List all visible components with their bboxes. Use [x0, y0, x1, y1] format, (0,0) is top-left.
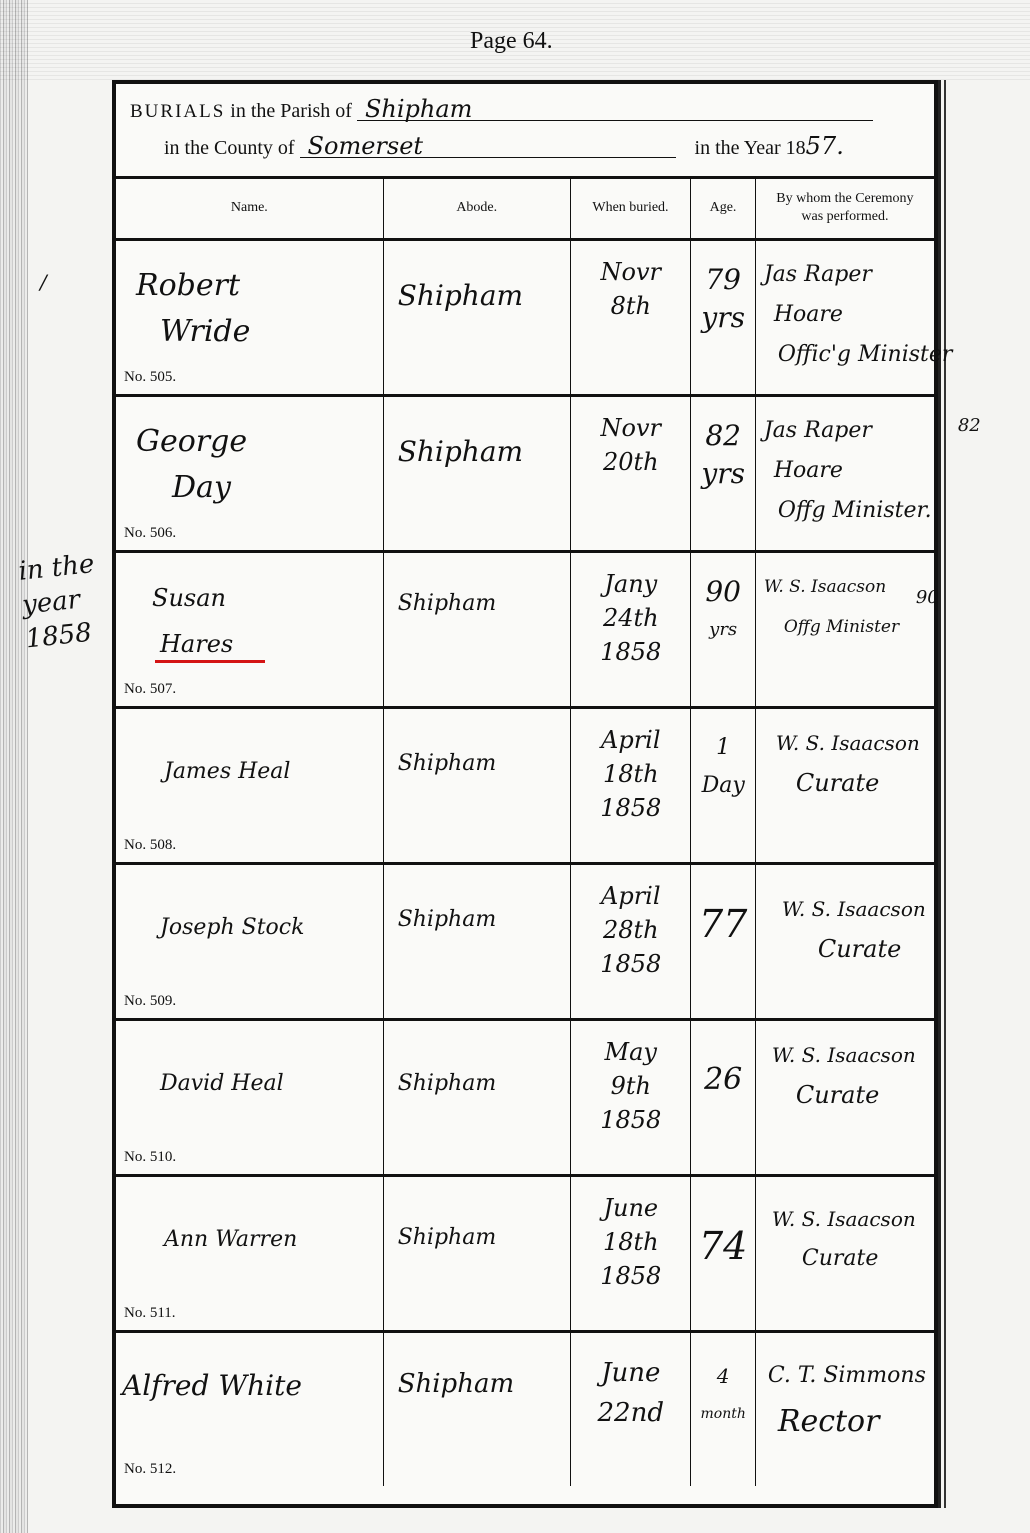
when-line2: 18th	[571, 1225, 691, 1259]
age-text: 90 yrs	[691, 573, 755, 649]
abode-cell: Shipham	[384, 1021, 571, 1174]
age-line1: 90	[691, 573, 755, 611]
when-buried-text: April 18th 1858	[571, 723, 691, 825]
when-line2: 9th	[571, 1069, 691, 1103]
name-cell: Robert Wride No. 505.	[116, 241, 384, 394]
age-cell: 77	[691, 865, 756, 1018]
column-header-abode: Abode.	[384, 178, 571, 238]
when-line2: 24th	[571, 601, 691, 635]
when-buried-cell: Novr 8th	[571, 241, 691, 394]
name-cell: George Day No. 506.	[116, 397, 384, 550]
scan-edge-noise	[0, 0, 28, 1533]
age-cell: 1 Day	[691, 709, 756, 862]
name-line2: Wride	[136, 309, 376, 355]
parish-prefix: in the Parish of	[230, 100, 352, 122]
abode-text: Shipham	[398, 279, 523, 312]
column-header-row: Name. Abode. When buried. Age. By whom t…	[116, 178, 934, 241]
ceremony-text: W. S. Isaacson Curate	[772, 1035, 1012, 1115]
ceremony-header-line2: was performed.	[776, 208, 913, 226]
ceremony-text: W. S. Isaacson Curate	[776, 723, 1016, 803]
abode-cell: Shipham	[384, 397, 571, 550]
table-row: Alfred White No. 512. Shipham June 22nd …	[116, 1333, 934, 1486]
ceremony-line1: W. S. Isaacson	[764, 567, 1004, 607]
when-line3: 1858	[571, 635, 691, 669]
when-line2: 18th	[571, 757, 691, 791]
age-text: 26	[691, 1061, 755, 1099]
age-line1: 77	[691, 905, 755, 943]
ceremony-line2: Curate	[772, 1239, 1012, 1279]
parish-line: BURIALS in the Parish of Shipham	[130, 98, 873, 123]
age-text: 82 yrs	[691, 417, 755, 493]
abode-text: Shipham	[398, 435, 523, 468]
name-text: George Day	[136, 419, 376, 511]
age-line2: yrs	[691, 299, 755, 337]
age-line1: 82	[691, 417, 755, 455]
age-cell: 79 yrs	[691, 241, 756, 394]
abode-text: Shipham	[398, 591, 497, 616]
age-text: 79 yrs	[691, 261, 755, 337]
when-line3: 1858	[571, 1259, 691, 1293]
when-line1: June	[571, 1191, 691, 1225]
entries: Robert Wride No. 505. Shipham Novr 8th 7…	[116, 241, 934, 1486]
table-row: David Heal No. 510. Shipham May 9th 1858…	[116, 1021, 934, 1177]
age-cell: 82 yrs	[691, 397, 756, 550]
entry-number: No. 511.	[124, 1305, 176, 1322]
when-line2: 22nd	[571, 1393, 691, 1433]
when-line3: 1858	[571, 1103, 691, 1137]
when-buried-cell: June 18th 1858	[571, 1177, 691, 1330]
ceremony-header-line1: By whom the Ceremony	[776, 190, 913, 208]
column-header-age: Age.	[691, 178, 756, 238]
name-text: Ann Warren	[164, 1217, 404, 1263]
parish-value: Shipham	[357, 98, 873, 121]
abode-cell: Shipham	[384, 709, 571, 862]
age-line1: 4	[691, 1357, 755, 1395]
ceremony-line2: Curate	[782, 929, 1022, 969]
name-text: Susan Hares	[152, 575, 392, 667]
county-value: Somerset	[300, 135, 676, 158]
entry-number: No. 505.	[124, 369, 176, 386]
when-buried-cell: Novr 20th	[571, 397, 691, 550]
when-line2: 20th	[571, 445, 691, 479]
ceremony-cell: Jas Raper Hoare Offic'g Minister	[756, 241, 934, 394]
table-row: George Day No. 506. Shipham Novr 20th 82…	[116, 397, 934, 553]
ceremony-line1: Jas Raper	[764, 255, 1004, 295]
register-title-block: BURIALS in the Parish of Shipham in the …	[116, 84, 934, 179]
red-highlight-underline	[155, 660, 265, 663]
column-header-ceremony: By whom the Ceremony was performed.	[756, 178, 934, 238]
age-text: 74	[691, 1227, 755, 1265]
column-header-when-buried: When buried.	[571, 178, 691, 238]
ceremony-cell: W. S. Isaacson Curate	[756, 709, 934, 862]
year-printed: 18	[786, 137, 806, 159]
abode-cell: Shipham	[384, 865, 571, 1018]
entry-number: No. 510.	[124, 1149, 176, 1166]
when-buried-text: April 28th 1858	[571, 879, 691, 981]
age-line2: Day	[691, 767, 755, 805]
ceremony-line1: W. S. Isaacson	[772, 1199, 1012, 1239]
ceremony-cell: W. S. Isaacson Offg Minister 90	[756, 553, 934, 706]
age-cell: 26	[691, 1021, 756, 1174]
age-line1: 79	[691, 261, 755, 299]
year-prefix: in the Year	[695, 137, 781, 159]
when-line1: Jany	[571, 567, 691, 601]
name-text: Robert Wride	[136, 263, 376, 355]
abode-text: Shipham	[398, 1071, 497, 1096]
name-text: James Heal	[164, 749, 404, 795]
name-cell: Ann Warren No. 511.	[116, 1177, 384, 1330]
when-line1: May	[571, 1035, 691, 1069]
abode-text: Shipham	[398, 1369, 514, 1399]
county-prefix: in the County of	[164, 137, 295, 159]
table-row: James Heal No. 508. Shipham April 18th 1…	[116, 709, 934, 865]
when-line2: 8th	[571, 289, 691, 323]
table-row: Robert Wride No. 505. Shipham Novr 8th 7…	[116, 241, 934, 397]
name-cell: Alfred White No. 512.	[116, 1333, 384, 1486]
ceremony-cell: Jas Raper Hoare Offg Minister. 82	[756, 397, 934, 550]
when-buried-text: June 22nd	[571, 1353, 691, 1433]
ceremony-line3: Offic'g Minister	[764, 335, 1004, 375]
column-header-name: Name.	[116, 178, 384, 238]
entry-number: No. 507.	[124, 681, 176, 698]
when-buried-text: June 18th 1858	[571, 1191, 691, 1293]
entry-number: No. 512.	[124, 1461, 176, 1478]
ceremony-line2: Offg Minister	[764, 607, 1004, 647]
when-buried-text: Novr 8th	[571, 255, 691, 323]
ceremony-line2: Hoare	[764, 451, 1004, 491]
year-written: 57.	[806, 132, 844, 160]
burials-heading: BURIALS	[130, 101, 225, 122]
abode-cell: Shipham	[384, 241, 571, 394]
ceremony-text: W. S. Isaacson Offg Minister	[764, 567, 1004, 647]
name-cell: Joseph Stock No. 509.	[116, 865, 384, 1018]
age-text: 1 Day	[691, 729, 755, 805]
when-buried-text: Jany 24th 1858	[571, 567, 691, 669]
age-line2: yrs	[691, 455, 755, 493]
when-line2: 28th	[571, 913, 691, 947]
abode-text: Shipham	[398, 1225, 497, 1250]
ceremony-line3: Offg Minister.	[764, 491, 1004, 531]
when-buried-cell: April 28th 1858	[571, 865, 691, 1018]
table-row: Joseph Stock No. 509. Shipham April 28th…	[116, 865, 934, 1021]
entry-number: No. 509.	[124, 993, 176, 1010]
ceremony-line1: W. S. Isaacson	[776, 723, 1016, 763]
side-note: 82	[958, 415, 981, 436]
entry-number: No. 508.	[124, 837, 176, 854]
table-row: Susan Hares No. 507. Shipham Jany 24th 1…	[116, 553, 934, 709]
ceremony-line1: C. T. Simmons	[768, 1353, 1008, 1399]
ceremony-line2: Rector	[768, 1399, 1008, 1445]
page-number: Page 64.	[470, 28, 553, 55]
burial-register-table: BURIALS in the Parish of Shipham in the …	[112, 80, 938, 1508]
name-cell: Susan Hares No. 507.	[116, 553, 384, 706]
side-note: 90	[916, 587, 939, 608]
name-cell: David Heal No. 510.	[116, 1021, 384, 1174]
when-line1: April	[571, 879, 691, 913]
abode-cell: Shipham	[384, 1177, 571, 1330]
name-text: Joseph Stock	[160, 905, 400, 951]
age-text: 77	[691, 905, 755, 943]
ceremony-cell: W. S. Isaacson Curate	[756, 1021, 934, 1174]
abode-text: Shipham	[398, 907, 497, 932]
margin-stray-mark: /	[40, 270, 47, 294]
when-buried-cell: May 9th 1858	[571, 1021, 691, 1174]
ceremony-line2: Curate	[776, 763, 1016, 803]
abode-text: Shipham	[398, 751, 497, 776]
ceremony-text: C. T. Simmons Rector	[768, 1353, 1008, 1445]
name-text: Alfred White	[122, 1363, 362, 1409]
abode-cell: Shipham	[384, 553, 571, 706]
name-line1: Susan	[152, 575, 392, 621]
margin-note: in the year 1858	[17, 546, 117, 657]
abode-cell: Shipham	[384, 1333, 571, 1486]
when-line1: Novr	[571, 255, 691, 289]
when-line1: June	[571, 1353, 691, 1393]
age-cell: 90 yrs	[691, 553, 756, 706]
county-line: in the County of Somerset in the Year 18…	[164, 132, 844, 160]
ceremony-line1: W. S. Isaacson	[772, 1035, 1012, 1075]
when-buried-cell: Jany 24th 1858	[571, 553, 691, 706]
ceremony-text: Jas Raper Hoare Offic'g Minister	[764, 255, 1004, 375]
age-cell: 4 month	[691, 1333, 756, 1486]
age-cell: 74	[691, 1177, 756, 1330]
name-text: David Heal	[160, 1061, 400, 1107]
table-row: Ann Warren No. 511. Shipham June 18th 18…	[116, 1177, 934, 1333]
name-line1: Robert	[136, 263, 376, 309]
age-line1: 74	[691, 1227, 755, 1265]
when-line1: Novr	[571, 411, 691, 445]
name-cell: James Heal No. 508.	[116, 709, 384, 862]
ceremony-text: W. S. Isaacson Curate	[782, 889, 1022, 969]
when-buried-cell: April 18th 1858	[571, 709, 691, 862]
age-line1: 26	[691, 1061, 755, 1099]
age-text: 4 month	[691, 1357, 755, 1433]
when-line1: April	[571, 723, 691, 757]
when-line3: 1858	[571, 947, 691, 981]
ceremony-cell: W. S. Isaacson Curate	[756, 1177, 934, 1330]
when-buried-cell: June 22nd	[571, 1333, 691, 1486]
ceremony-cell: C. T. Simmons Rector	[756, 1333, 934, 1486]
ceremony-text: W. S. Isaacson Curate	[772, 1199, 1012, 1279]
age-line2: yrs	[691, 611, 755, 649]
when-buried-text: Novr 20th	[571, 411, 691, 479]
ceremony-line2: Hoare	[764, 295, 1004, 335]
age-line1: 1	[691, 729, 755, 767]
entry-number: No. 506.	[124, 525, 176, 542]
ceremony-line1: W. S. Isaacson	[782, 889, 1022, 929]
name-line1: George	[136, 419, 376, 465]
when-line3: 1858	[571, 791, 691, 825]
ceremony-line2: Curate	[772, 1075, 1012, 1115]
when-buried-text: May 9th 1858	[571, 1035, 691, 1137]
name-line2: Day	[136, 465, 376, 511]
ceremony-cell: W. S. Isaacson Curate	[756, 865, 934, 1018]
age-line2: month	[691, 1395, 755, 1433]
